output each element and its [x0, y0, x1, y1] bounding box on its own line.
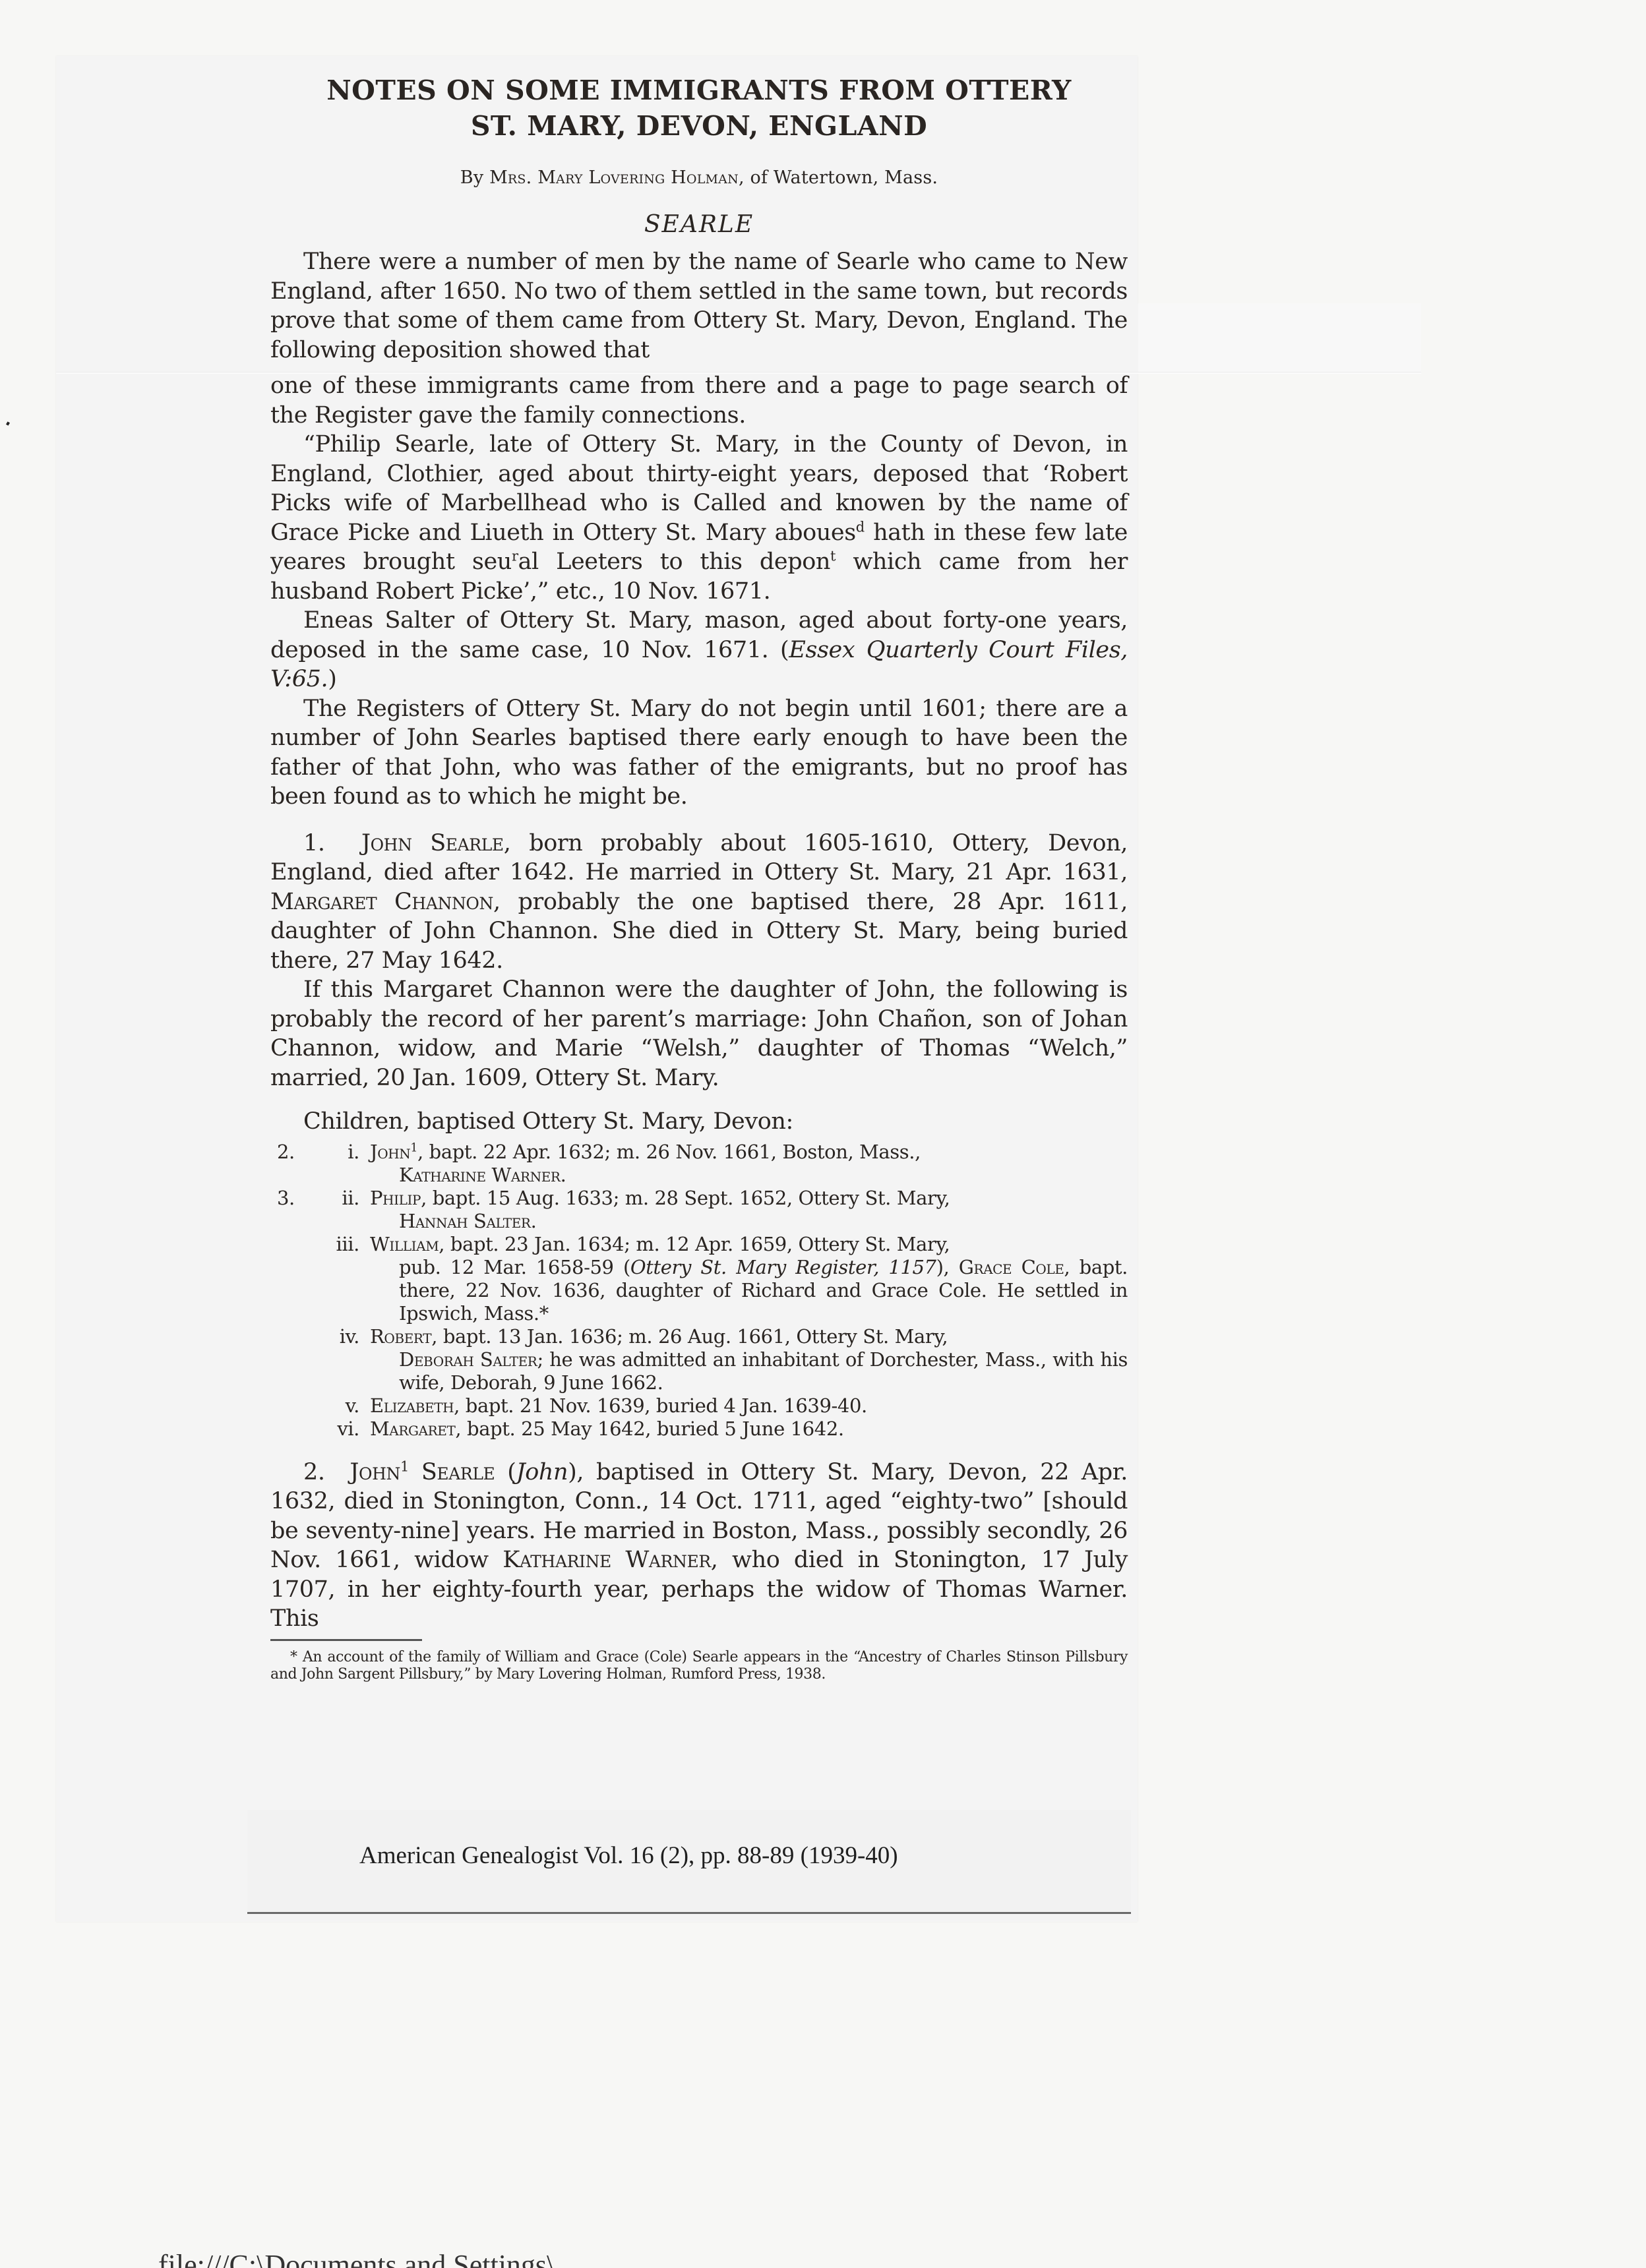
child-entry: v.Elizabeth, bapt. 21 Nov. 1639, buried …: [270, 1394, 1128, 1417]
child-text: Margaret, bapt. 25 May 1642, buried 5 Ju…: [370, 1417, 1128, 1441]
child-spouse: Deborah Salter: [399, 1348, 537, 1371]
footnote: * An account of the family of William an…: [270, 1649, 1128, 1683]
child-details-continued: pub. 12 Mar. 1658-59 (Ottery St. Mary Re…: [370, 1256, 1128, 1325]
child-entry: vi.Margaret, bapt. 25 May 1642, buried 5…: [270, 1417, 1128, 1441]
child-number: [270, 1325, 310, 1394]
title-line-1: NOTES ON SOME IMMIGRANTS FROM OTTERY: [270, 73, 1128, 108]
child-details: , bapt. 15 Aug. 1633; m. 28 Sept. 1652, …: [421, 1187, 950, 1209]
title-line-2: ST. MARY, DEVON, ENGLAND: [270, 108, 1128, 144]
entry-number: 2.: [303, 1459, 325, 1485]
child-text: Robert, bapt. 13 Jan. 1636; m. 26 Aug. 1…: [370, 1325, 1128, 1394]
child-entry: 2.i.John1, bapt. 22 Apr. 1632; m. 26 Nov…: [270, 1141, 1128, 1187]
deposition-paragraph: “Philip Searle, late of Ottery St. Mary,…: [270, 430, 1128, 606]
byline-suffix: , of Watertown, Mass.: [739, 167, 938, 188]
footnote-rule: [270, 1639, 422, 1641]
child-details: , bapt. 13 Jan. 1636; m. 26 Aug. 1661, O…: [431, 1325, 948, 1348]
clipping-overlap: [1138, 303, 1421, 373]
child-roman: ii.: [310, 1187, 370, 1233]
child-roman: iii.: [310, 1233, 370, 1325]
children-heading: Children, baptised Ottery St. Mary, Devo…: [270, 1107, 1128, 1137]
child-details-continued: Deborah Salter; he was admitted an inhab…: [370, 1348, 1128, 1394]
eneas-paragraph: Eneas Salter of Ottery St. Mary, mason, …: [270, 606, 1128, 694]
child-name: Margaret: [370, 1417, 455, 1440]
child-pub-close: ),: [936, 1256, 959, 1278]
child-entry: 3.ii.Philip, bapt. 15 Aug. 1633; m. 28 S…: [270, 1187, 1128, 1233]
intro-paragraph-continued: one of these immigrants came from there …: [270, 371, 1128, 430]
byline: By Mrs. Mary Lovering Holman, of Waterto…: [270, 164, 1128, 193]
child-number: [270, 1417, 310, 1441]
child-name: Robert: [370, 1325, 431, 1348]
child-spouse: Katharine Warner: [399, 1164, 561, 1186]
entry-parent: John: [516, 1459, 568, 1485]
generation-superscript: 1: [410, 1141, 417, 1154]
child-entry: iv.Robert, bapt. 13 Jan. 1636; m. 26 Aug…: [270, 1325, 1128, 1394]
source-caption: American Genealogist Vol. 16 (2), pp. 88…: [359, 1841, 898, 1870]
child-number: [270, 1394, 310, 1417]
child-details: , bapt. 25 May 1642, buried 5 June 1642.: [455, 1417, 843, 1440]
child-name: Philip: [370, 1187, 421, 1209]
child-text: Elizabeth, bapt. 21 Nov. 1639, buried 4 …: [370, 1394, 1128, 1417]
superscript: t: [830, 548, 836, 564]
child-roman: vi.: [310, 1417, 370, 1441]
child-roman: v.: [310, 1394, 370, 1417]
section-heading: SEARLE: [270, 210, 1128, 240]
child-roman: iv.: [310, 1325, 370, 1394]
article: NOTES ON SOME IMMIGRANTS FROM OTTERY ST.…: [270, 66, 1128, 1683]
child-text: Philip, bapt. 15 Aug. 1633; m. 28 Sept. …: [370, 1187, 1128, 1233]
child-more: .: [561, 1164, 566, 1186]
child-spouse: Hannah Salter: [399, 1210, 531, 1232]
child-number: [270, 1233, 310, 1325]
paren: (: [495, 1459, 516, 1485]
entry-1: 1. John Searle, born probably about 1605…: [270, 829, 1128, 976]
child-details-continued: Katharine Warner.: [370, 1164, 1128, 1187]
print-file-path: file:///C:\Documents and Settings\...: [158, 2248, 576, 2268]
child-number: 3.: [270, 1187, 310, 1233]
child-name: John: [370, 1141, 410, 1163]
child-details-continued: Hannah Salter.: [370, 1210, 1128, 1233]
byline-author: Mrs. Mary Lovering Holman: [489, 167, 739, 188]
byline-prefix: By: [460, 167, 489, 188]
child-more: .: [531, 1210, 537, 1232]
entry-name: John Searle: [361, 830, 504, 856]
child-pub: pub. 12 Mar. 1658-59 (: [399, 1256, 630, 1278]
child-name: William: [370, 1233, 439, 1255]
entry-spouse: Katharine Warner: [503, 1547, 711, 1573]
eneas-close: ): [328, 666, 336, 692]
generation-superscript: 1: [400, 1458, 409, 1474]
entry-2: 2. John1 Searle (John), baptised in Otte…: [270, 1458, 1128, 1634]
entry-name: John: [350, 1459, 400, 1485]
child-text: William, bapt. 23 Jan. 1634; m. 12 Apr. …: [370, 1233, 1128, 1325]
article-title: NOTES ON SOME IMMIGRANTS FROM OTTERY ST.…: [270, 73, 1128, 144]
stray-mark: [6, 421, 10, 425]
entry-surname: Searle: [421, 1459, 495, 1485]
intro-paragraph: There were a number of men by the name o…: [270, 247, 1128, 365]
child-number: 2.: [270, 1141, 310, 1187]
entry-number: 1.: [303, 830, 325, 856]
child-citation: Ottery St. Mary Register, 1157: [630, 1256, 936, 1278]
child-name: Elizabeth: [370, 1394, 454, 1417]
registers-paragraph: The Registers of Ottery St. Mary do not …: [270, 694, 1128, 812]
superscript: r: [512, 548, 518, 564]
child-details: , bapt. 22 Apr. 1632; m. 26 Nov. 1661, B…: [417, 1141, 921, 1163]
entry-spouse: Margaret Channon: [270, 889, 493, 915]
child-details: , bapt. 21 Nov. 1639, buried 4 Jan. 1639…: [454, 1394, 867, 1417]
children-list: 2.i.John1, bapt. 22 Apr. 1632; m. 26 Nov…: [270, 1141, 1128, 1441]
deposition-text: al Leeters to this depon: [518, 549, 830, 575]
child-details: , bapt. 23 Jan. 1634; m. 12 Apr. 1659, O…: [439, 1233, 950, 1255]
child-text: John1, bapt. 22 Apr. 1632; m. 26 Nov. 16…: [370, 1141, 1128, 1187]
child-roman: i.: [310, 1141, 370, 1187]
entry-1-note: If this Margaret Channon were the daught…: [270, 975, 1128, 1092]
child-spouse: Grace Cole: [959, 1256, 1064, 1278]
superscript: d: [856, 519, 865, 535]
child-entry: iii.William, bapt. 23 Jan. 1634; m. 12 A…: [270, 1233, 1128, 1325]
